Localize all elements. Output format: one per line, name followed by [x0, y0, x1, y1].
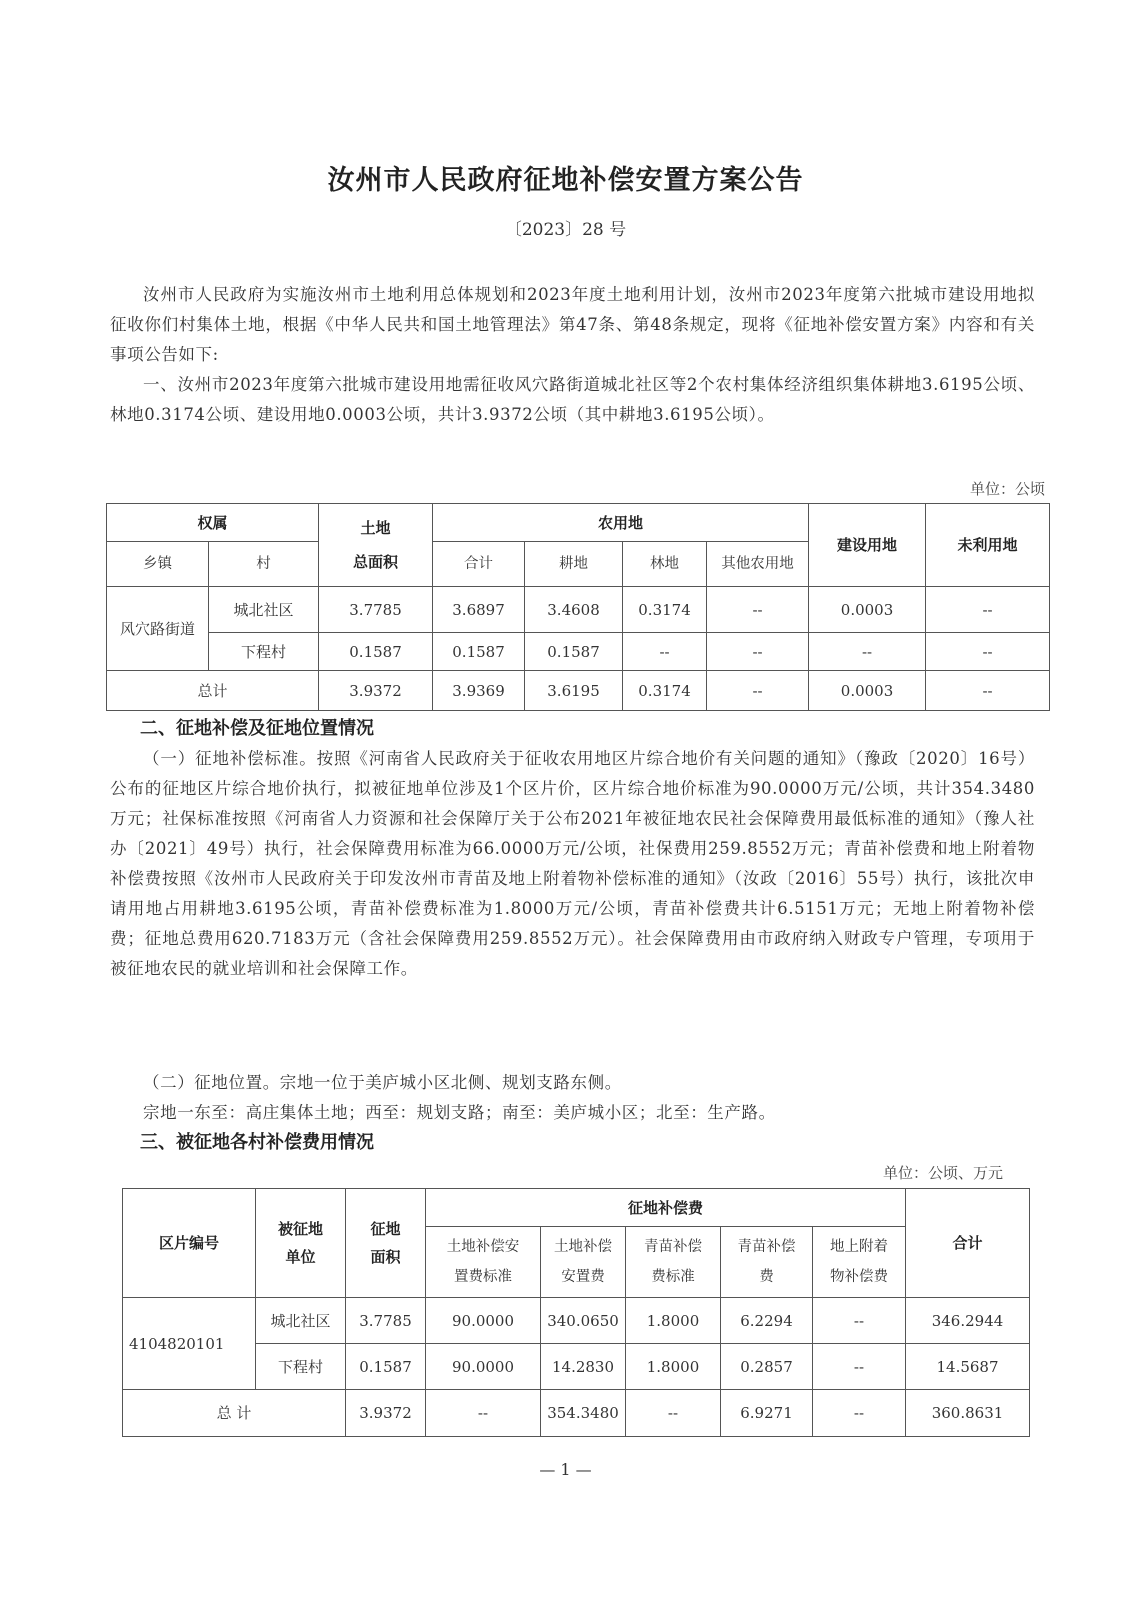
forest-cell: 0.3174 — [623, 671, 707, 711]
header-attachment: 地上附着物补偿费 — [813, 1227, 906, 1298]
compensation-table: 区片编号 被征地 单位 征地 面积 征地补偿费 合计 土地补偿安置费标准 土地补… — [122, 1188, 1030, 1437]
header-land-total-line2: 总面积 — [319, 552, 432, 572]
forest-cell: -- — [623, 633, 707, 671]
section2-paragraph-2: （二）征地位置。宗地一位于美庐城小区北侧、规划支路东侧。 — [110, 1068, 1035, 1098]
header-crop-std-line1: 青苗补偿 — [626, 1237, 720, 1257]
intro-paragraph: 汝州市人民政府为实施汝州市土地利用总体规划和2023年度土地利用计划，汝州市20… — [110, 280, 1035, 370]
header-unit-line1: 被征地 — [256, 1219, 345, 1239]
table2-unit: 单位：公顷、万元 — [883, 1162, 1003, 1183]
crop-fee-cell: 6.2294 — [721, 1298, 813, 1344]
section2-paragraph-3: 宗地一东至：高庄集体土地；西至：规划支路；南至：美庐城小区；北至：生产路。 — [110, 1098, 1035, 1128]
area-cell: 0.1587 — [346, 1344, 426, 1390]
total-area-cell: 0.1587 — [319, 633, 433, 671]
land-std-cell: -- — [426, 1390, 541, 1437]
page-number: — 1 — — [0, 1460, 1131, 1479]
township-cell: 风穴路街道 — [107, 587, 209, 671]
header-unit: 被征地 单位 — [256, 1189, 346, 1298]
header-land-fee: 土地补偿安置费 — [541, 1227, 626, 1298]
land-std-cell: 90.0000 — [426, 1298, 541, 1344]
section2-heading: 二、征地补偿及征地位置情况 — [140, 714, 374, 740]
header-attachment-line1: 地上附着 — [813, 1237, 905, 1257]
total-area-cell: 3.7785 — [319, 587, 433, 633]
unused-cell: -- — [926, 587, 1050, 633]
header-land-std: 土地补偿安置费标准 — [426, 1227, 541, 1298]
attachment-cell: -- — [813, 1344, 906, 1390]
unused-cell: -- — [926, 671, 1050, 711]
header-construction: 建设用地 — [809, 504, 926, 587]
other-agri-cell: -- — [707, 671, 809, 711]
header-land-fee-line2: 安置费 — [541, 1267, 625, 1287]
header-village: 村 — [209, 542, 319, 587]
attachment-cell: -- — [813, 1298, 906, 1344]
sum-cell: 360.8631 — [906, 1390, 1030, 1437]
agri-total-cell: 3.6897 — [433, 587, 525, 633]
forest-cell: 0.3174 — [623, 587, 707, 633]
area-cell: 3.9372 — [346, 1390, 426, 1437]
land-std-cell: 90.0000 — [426, 1344, 541, 1390]
header-unused: 未利用地 — [926, 504, 1050, 587]
section2-paragraph-1: （一）征地补偿标准。按照《河南省人民政府关于征收农用地区片综合地价有关问题的通知… — [110, 744, 1035, 984]
document-number: 〔2023〕28 号 — [0, 215, 1131, 240]
header-area-line2: 面积 — [346, 1247, 425, 1267]
header-compensation: 征地补偿费 — [426, 1189, 906, 1227]
land-area-table: 权属 土地 总面积 农用地 建设用地 未利用地 乡镇 村 合计 耕地 林地 其他… — [106, 503, 1050, 711]
header-forest: 林地 — [623, 542, 707, 587]
header-crop-fee: 青苗补偿费 — [721, 1227, 813, 1298]
header-township: 乡镇 — [107, 542, 209, 587]
header-sum: 合计 — [906, 1189, 1030, 1298]
header-crop-std: 青苗补偿费标准 — [626, 1227, 721, 1298]
header-land-std-line2: 置费标准 — [426, 1267, 540, 1287]
construction-cell: 0.0003 — [809, 671, 926, 711]
construction-cell: -- — [809, 633, 926, 671]
crop-fee-cell: 6.9271 — [721, 1390, 813, 1437]
header-crop-fee-line2: 费 — [721, 1267, 812, 1287]
total-area-cell: 3.9372 — [319, 671, 433, 711]
attachment-cell: -- — [813, 1390, 906, 1437]
header-land-total: 土地 总面积 — [319, 504, 433, 587]
crop-fee-cell: 0.2857 — [721, 1344, 813, 1390]
cultivated-cell: 0.1587 — [525, 633, 623, 671]
table-row: 下程村 0.1587 0.1587 0.1587 -- -- -- -- — [107, 633, 1050, 671]
section1-paragraph: 一、汝州市2023年度第六批城市建设用地需征收风穴路街道城北社区等2个农村集体经… — [110, 370, 1035, 430]
header-crop-std-line2: 费标准 — [626, 1267, 720, 1287]
table-row: 4104820101 城北社区 3.7785 90.0000 340.0650 … — [123, 1298, 1030, 1344]
unit-cell: 城北社区 — [256, 1298, 346, 1344]
construction-cell: 0.0003 — [809, 587, 926, 633]
table-total-row: 总 计 3.9372 -- 354.3480 -- 6.9271 -- 360.… — [123, 1390, 1030, 1437]
sum-cell: 14.5687 — [906, 1344, 1030, 1390]
table-row: 风穴路街道 城北社区 3.7785 3.6897 3.4608 0.3174 -… — [107, 587, 1050, 633]
crop-std-cell: 1.8000 — [626, 1298, 721, 1344]
header-attachment-line2: 物补偿费 — [813, 1267, 905, 1287]
other-agri-cell: -- — [707, 633, 809, 671]
area-cell: 3.7785 — [346, 1298, 426, 1344]
village-cell: 下程村 — [209, 633, 319, 671]
cultivated-cell: 3.6195 — [525, 671, 623, 711]
land-fee-cell: 14.2830 — [541, 1344, 626, 1390]
header-other-agri: 其他农用地 — [707, 542, 809, 587]
crop-std-cell: 1.8000 — [626, 1344, 721, 1390]
header-land-std-line1: 土地补偿安 — [426, 1237, 540, 1257]
header-zone-code: 区片编号 — [123, 1189, 256, 1298]
section3-heading: 三、被征地各村补偿费用情况 — [140, 1128, 374, 1154]
unused-cell: -- — [926, 633, 1050, 671]
village-cell: 城北社区 — [209, 587, 319, 633]
crop-std-cell: -- — [626, 1390, 721, 1437]
agri-total-cell: 3.9369 — [433, 671, 525, 711]
header-crop-fee-line1: 青苗补偿 — [721, 1237, 812, 1257]
header-cultivated: 耕地 — [525, 542, 623, 587]
zone-code-cell: 4104820101 — [123, 1298, 256, 1390]
total-label: 总计 — [107, 671, 319, 711]
cultivated-cell: 3.4608 — [525, 587, 623, 633]
header-land-total-line1: 土地 — [319, 518, 432, 538]
header-area: 征地 面积 — [346, 1189, 426, 1298]
unit-cell: 下程村 — [256, 1344, 346, 1390]
header-agri-total: 合计 — [433, 542, 525, 587]
table-total-row: 总计 3.9372 3.9369 3.6195 0.3174 -- 0.0003… — [107, 671, 1050, 711]
sum-cell: 346.2944 — [906, 1298, 1030, 1344]
header-ownership: 权属 — [107, 504, 319, 542]
header-land-fee-line1: 土地补偿 — [541, 1237, 625, 1257]
land-fee-cell: 340.0650 — [541, 1298, 626, 1344]
land-fee-cell: 354.3480 — [541, 1390, 626, 1437]
header-area-line1: 征地 — [346, 1219, 425, 1239]
agri-total-cell: 0.1587 — [433, 633, 525, 671]
total-label: 总 计 — [123, 1390, 346, 1437]
header-agricultural: 农用地 — [433, 504, 809, 542]
table-row: 下程村 0.1587 90.0000 14.2830 1.8000 0.2857… — [123, 1344, 1030, 1390]
header-unit-line2: 单位 — [256, 1247, 345, 1267]
document-title: 汝州市人民政府征地补偿安置方案公告 — [0, 158, 1131, 197]
table1-unit: 单位：公顷 — [970, 478, 1045, 499]
other-agri-cell: -- — [707, 587, 809, 633]
